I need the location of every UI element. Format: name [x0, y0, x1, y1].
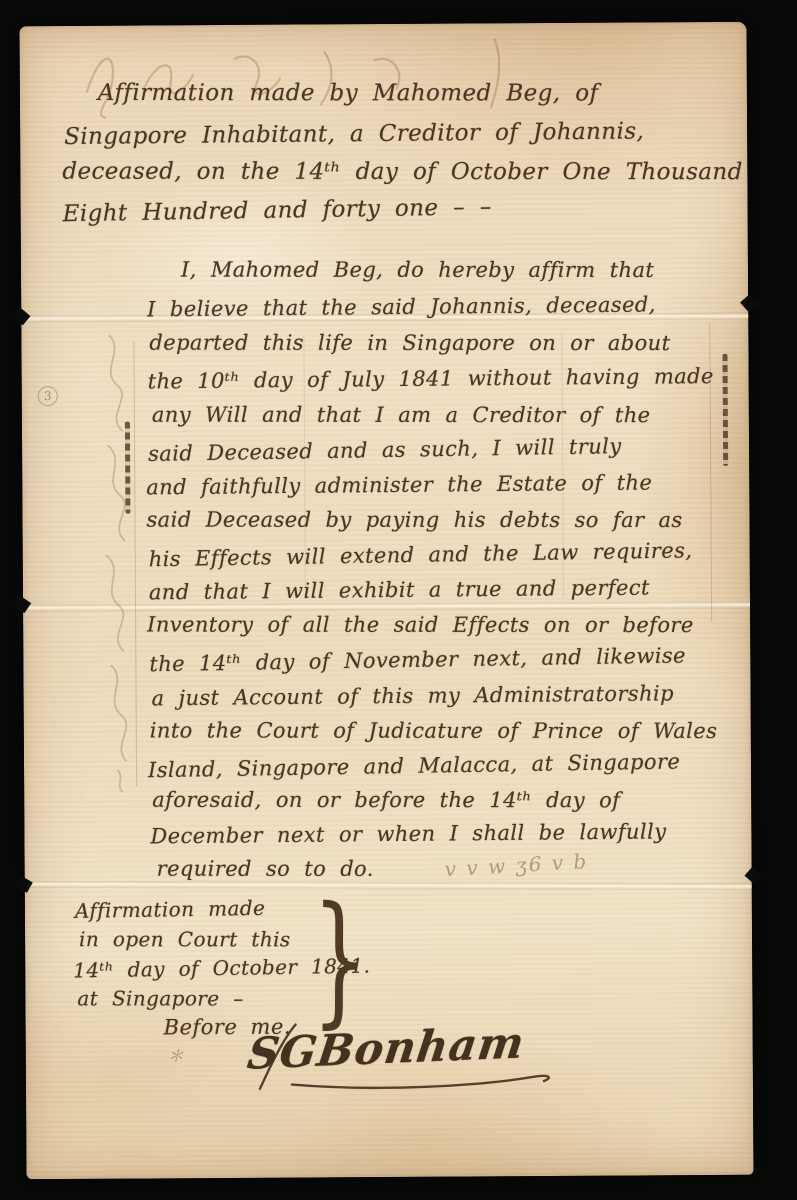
manuscript-line: his Effects will extend and the Law requ…	[149, 538, 693, 571]
manuscript-line: I believe that the said Johannis, deceas…	[147, 292, 656, 321]
manuscript-line: said Deceased and as such, I will truly	[148, 434, 622, 466]
official-signature: SGBonham	[244, 1018, 527, 1080]
attestation-line: in open Court this	[79, 927, 291, 951]
fold-crease	[25, 881, 752, 891]
manuscript-line: Inventory of all the said Effects on or …	[147, 613, 694, 637]
attestation-line: at Singapore –	[77, 986, 243, 1010]
manuscript-line: the 10ᵗʰ day of July 1841 without having…	[148, 364, 714, 393]
edge-nick	[15, 876, 33, 893]
ink-dash-bar	[723, 354, 729, 466]
bleed-through-margin-writing	[69, 325, 152, 795]
faint-ink-scribble: v v w ʒ6 v b	[444, 849, 589, 881]
manuscript-line: any Will and that I am a Creditor of the	[152, 403, 651, 427]
manuscript-line: Singapore Inhabitant, a Creditor of Joha…	[64, 118, 644, 150]
show-through-rule	[133, 342, 137, 787]
document-paper: 3 Affirmation made by Mahomed Beg, of Si…	[19, 22, 753, 1179]
manuscript-line: and that I will exhibit a true and perfe…	[149, 576, 650, 605]
attestation-line: Affirmation made	[75, 896, 266, 923]
manuscript-line: Eight Hundred and forty one – –	[62, 194, 491, 227]
manuscript-line: aforesaid, on or before the 14ᵗʰ day of	[152, 788, 620, 812]
manuscript-line: the 14ᵗʰ day of November next, and likew…	[149, 643, 686, 676]
attestation-brace: }	[312, 876, 367, 1042]
fold-crease	[23, 601, 750, 611]
edge-nick	[740, 295, 758, 313]
manuscript-line: Affirmation made by Mahomed Beg, of	[98, 80, 598, 106]
manuscript-line: Island, Singapore and Malacca, at Singap…	[148, 749, 681, 782]
manuscript-line: departed this life in Singapore on or ab…	[149, 331, 670, 355]
bleed-through-scribble	[75, 29, 556, 127]
manuscript-line: said Deceased by paying his debts so far…	[146, 508, 682, 532]
ink-dash-bar	[125, 422, 131, 514]
stray-ink-mark: ＊	[168, 1043, 184, 1066]
edge-nick	[744, 867, 762, 885]
edge-nick	[12, 307, 30, 325]
manuscript-line: and faithfully administer the Estate of …	[146, 470, 652, 499]
photo-background: 3 Affirmation made by Mahomed Beg, of Si…	[0, 0, 797, 1200]
manuscript-line: December next or when I shall be lawfull…	[150, 819, 666, 848]
manuscript-line: a just Account of this my Administrators…	[151, 681, 674, 710]
manuscript-line: deceased, on the 14ᵗʰ day of October One…	[62, 159, 742, 186]
manuscript-line: into the Court of Judicature of Prince o…	[150, 718, 718, 742]
manuscript-line: I, Mahomed Beg, do hereby affirm that	[181, 258, 654, 282]
margin-circled-number: 3	[38, 386, 58, 406]
